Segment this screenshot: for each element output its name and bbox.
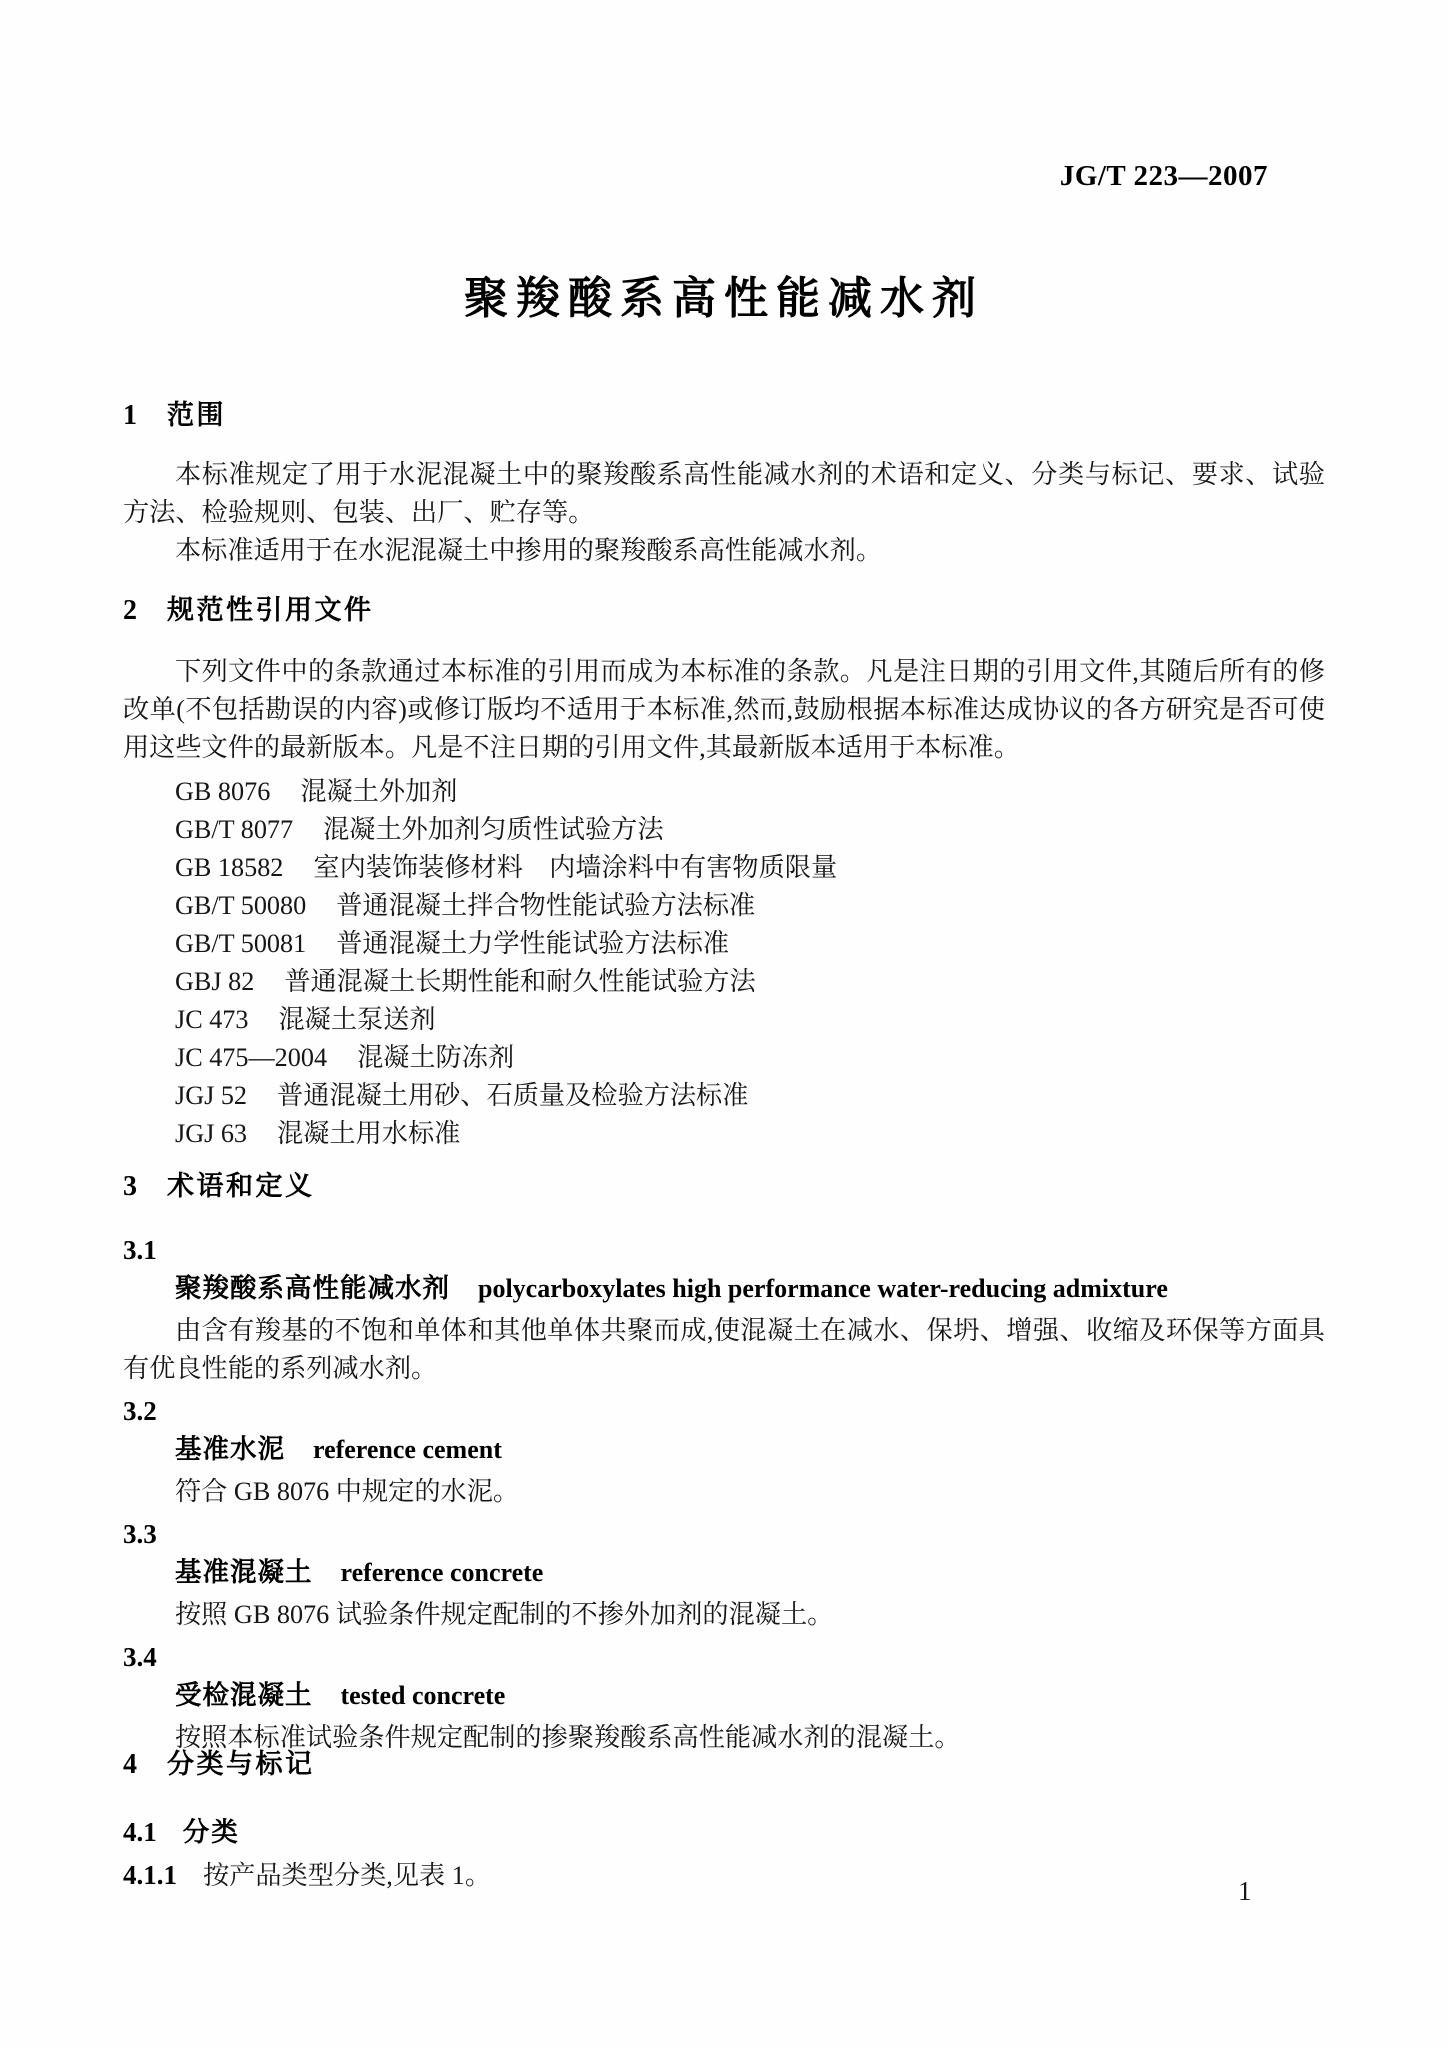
reference-code: GB 8076 <box>175 777 270 806</box>
clause-row: 4.1.1按产品类型分类,见表 1。 <box>123 1856 1325 1899</box>
reference-title: 混凝土泵送剂 <box>279 1005 436 1034</box>
reference-code: GB 18582 <box>175 853 283 882</box>
reference-code: JGJ 52 <box>175 1081 247 1110</box>
page-number: 1 <box>1238 1876 1252 1906</box>
doc-number: JG/T 223—2007 <box>1060 160 1268 193</box>
section-heading: 1范围 <box>123 395 1325 440</box>
term-definition: 由含有羧基的不饱和单体和其他单体共聚而成,使混凝土在减水、保坍、增强、收缩及环保… <box>123 1312 1325 1388</box>
section-number: 2 <box>123 595 137 626</box>
reference-title: 普通混凝土拌合物性能试验方法标准 <box>336 891 755 920</box>
term-number: 3.4 <box>123 1638 1325 1676</box>
reference-item: GB/T 50081普通混凝土力学性能试验方法标准 <box>175 925 1325 963</box>
clause-number: 4.1.1 <box>123 1860 177 1890</box>
section-heading: 3术语和定义 <box>123 1166 1325 1211</box>
term-definition: 按照 GB 8076 试验条件规定配制的不掺外加剂的混凝土。 <box>123 1596 1325 1634</box>
term-entry: 3.3 基准混凝土reference concrete 按照 GB 8076 试… <box>123 1515 1325 1634</box>
reference-code: GBJ 82 <box>175 967 254 996</box>
section-scope: 1范围 本标准规定了用于水泥混凝土中的聚羧酸系高性能减水剂的术语和定义、分类与标… <box>123 395 1325 570</box>
term-line: 基准混凝土reference concrete <box>123 1553 1325 1596</box>
section-title: 范围 <box>167 400 226 430</box>
section-number: 3 <box>123 1171 137 1202</box>
reference-title: 混凝土外加剂 <box>300 777 457 806</box>
reference-item: JGJ 52普通混凝土用砂、石质量及检验方法标准 <box>175 1077 1325 1115</box>
section-title: 分类与标记 <box>167 1749 315 1779</box>
term-entry: 3.4 受检混凝土tested concrete 按照本标准试验条件规定配制的掺… <box>123 1638 1325 1757</box>
reference-item: GB/T 8077混凝土外加剂匀质性试验方法 <box>175 811 1325 849</box>
term-zh: 受检混凝土 <box>175 1680 313 1710</box>
section-classification: 4分类与标记 4.1分类 4.1.1按产品类型分类,见表 1。 <box>123 1744 1325 1899</box>
term-en: tested concrete <box>341 1681 506 1710</box>
document-page: JG/T 223—2007 聚羧酸系高性能减水剂 1范围 本标准规定了用于水泥混… <box>0 0 1448 2048</box>
term-entry: 3.1 聚羧酸系高性能减水剂polycarboxylates high perf… <box>123 1231 1325 1388</box>
reference-title: 普通混凝土力学性能试验方法标准 <box>336 929 729 958</box>
section-number: 4 <box>123 1749 137 1780</box>
doc-title: 聚羧酸系高性能减水剂 <box>0 262 1448 326</box>
term-en: polycarboxylates high performance water-… <box>478 1274 1168 1303</box>
reference-item: JC 475—2004混凝土防冻剂 <box>175 1039 1325 1077</box>
term-zh: 基准水泥 <box>175 1434 285 1464</box>
reference-code: JC 473 <box>175 1005 249 1034</box>
section-heading: 2规范性引用文件 <box>123 590 1325 635</box>
reference-item: JC 473混凝土泵送剂 <box>175 1001 1325 1039</box>
subsection-number: 4.1 <box>123 1817 157 1847</box>
reference-title: 普通混凝土长期性能和耐久性能试验方法 <box>284 967 755 996</box>
term-number: 3.3 <box>123 1515 1325 1553</box>
reference-item: JGJ 63混凝土用水标准 <box>175 1115 1325 1153</box>
clause-text: 按产品类型分类,见表 1。 <box>203 1861 491 1890</box>
reference-title: 普通混凝土用砂、石质量及检验方法标准 <box>277 1081 748 1110</box>
term-entry: 3.2 基准水泥reference cement 符合 GB 8076 中规定的… <box>123 1392 1325 1511</box>
subsection-title: 分类 <box>183 1817 240 1847</box>
term-line: 基准水泥reference cement <box>123 1430 1325 1473</box>
reference-code: GB/T 8077 <box>175 815 293 844</box>
reference-code: GB/T 50080 <box>175 891 306 920</box>
reference-item: GB 18582室内装饰装修材料 内墙涂料中有害物质限量 <box>175 849 1325 887</box>
reference-item: GB 8076混凝土外加剂 <box>175 773 1325 811</box>
reference-title: 室内装饰装修材料 内墙涂料中有害物质限量 <box>313 853 837 882</box>
reference-title: 混凝土防冻剂 <box>357 1043 514 1072</box>
reference-code: GB/T 50081 <box>175 929 306 958</box>
term-line: 聚羧酸系高性能减水剂polycarboxylates high performa… <box>123 1269 1325 1312</box>
term-line: 受检混凝土tested concrete <box>123 1676 1325 1719</box>
section-title: 术语和定义 <box>167 1171 315 1201</box>
paragraph: 下列文件中的条款通过本标准的引用而成为本标准的条款。凡是注日期的引用文件,其随后… <box>123 653 1325 767</box>
section-normative-references: 2规范性引用文件 下列文件中的条款通过本标准的引用而成为本标准的条款。凡是注日期… <box>123 590 1325 1153</box>
term-number: 3.2 <box>123 1392 1325 1430</box>
reference-item: GBJ 82普通混凝土长期性能和耐久性能试验方法 <box>175 963 1325 1001</box>
term-en: reference concrete <box>341 1558 544 1587</box>
reference-code: JC 475—2004 <box>175 1043 327 1072</box>
section-title: 规范性引用文件 <box>167 595 374 625</box>
term-zh: 基准混凝土 <box>175 1557 313 1587</box>
section-number: 1 <box>123 400 137 431</box>
reference-list: GB 8076混凝土外加剂 GB/T 8077混凝土外加剂匀质性试验方法 GB … <box>123 773 1325 1153</box>
term-en: reference cement <box>313 1435 502 1464</box>
term-zh: 聚羧酸系高性能减水剂 <box>175 1273 450 1303</box>
reference-title: 混凝土外加剂匀质性试验方法 <box>323 815 663 844</box>
term-number: 3.1 <box>123 1231 1325 1269</box>
subsection-heading: 4.1分类 <box>123 1813 1325 1856</box>
paragraph: 本标准规定了用于水泥混凝土中的聚羧酸系高性能减水剂的术语和定义、分类与标记、要求… <box>123 456 1325 532</box>
reference-item: GB/T 50080普通混凝土拌合物性能试验方法标准 <box>175 887 1325 925</box>
reference-title: 混凝土用水标准 <box>277 1119 460 1148</box>
paragraph: 本标准适用于在水泥混凝土中掺用的聚羧酸系高性能减水剂。 <box>123 532 1325 570</box>
section-terms-definitions: 3术语和定义 3.1 聚羧酸系高性能减水剂polycarboxylates hi… <box>123 1166 1325 1757</box>
reference-code: JGJ 63 <box>175 1119 247 1148</box>
term-definition: 符合 GB 8076 中规定的水泥。 <box>123 1473 1325 1511</box>
section-heading: 4分类与标记 <box>123 1744 1325 1789</box>
